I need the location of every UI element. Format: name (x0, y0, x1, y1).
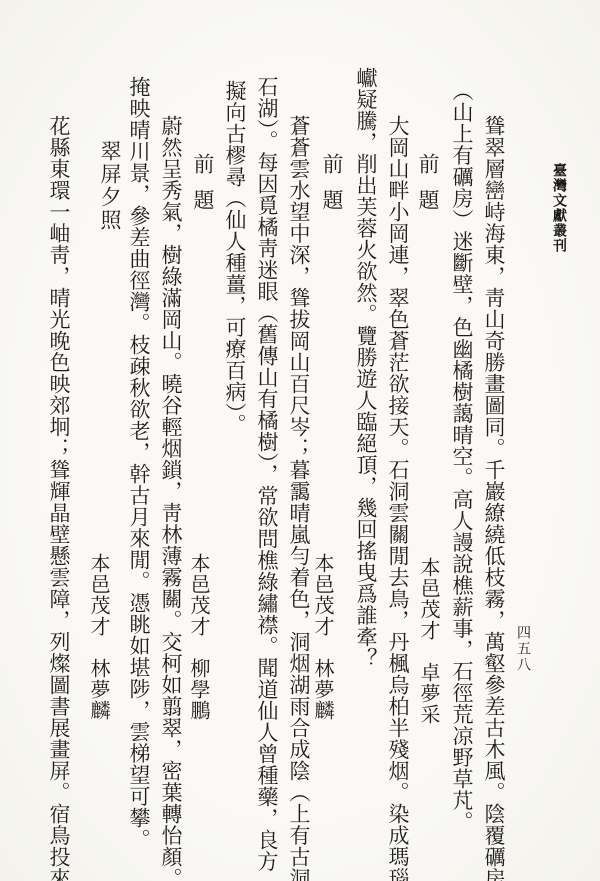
poem2-column-2: 巘疑騰，削出芙蓉火欲然。覽勝遊人臨絕頂，幾回搖曳爲誰牽？ (355, 67, 376, 669)
poem4-attribution: 本邑茂才 柳學鵬 (188, 553, 208, 721)
poem3-heading: 前題 (321, 153, 342, 225)
poem3-attribution: 本邑茂才 林夢麟 (312, 553, 332, 721)
poem2-column-1: 大岡山畔小岡連，翠色蒼茫欲接天。石洞雲關閒去鳥，丹楓烏柏半殘烟。染成瑪瑙 (387, 115, 408, 881)
poem5-column-1: 花縣東環一岫靑，晴光晚色映郊坰；聳輝晶壁懸雲障，列燦圖書展畫屏。宿鳥投來 (48, 115, 69, 881)
section-title: 翠屏夕照 (99, 140, 120, 232)
scanned-page: 臺灣文獻叢刊 四五八 聳翠層巒峙海東，靑山奇勝畫圖同。千巖繚繞低枝霧，萬壑參差古… (0, 0, 600, 881)
poem2-heading: 前題 (417, 153, 438, 225)
poem4-heading: 前題 (192, 153, 213, 225)
poem4-column-2: 掩映晴川景，參差曲徑灣。枝疎秋欲老，幹古月來閒。憑眺如堪陟，雲梯望可攀。 (128, 76, 149, 850)
poem3-column-3: 擬向古樛尋（仙人種薑，可療百病）。 (224, 80, 245, 435)
series-title: 臺灣文獻叢刊 (551, 163, 565, 253)
poem2-attribution: 本邑茂才 卓夢采 (418, 557, 438, 725)
poem3-column-1: 蒼蒼雲水望中深，聳拔岡山百尺岑；暮靄晴嵐勻着色，洞烟湖雨合成陰（上有古洞 (288, 115, 309, 881)
poem3-column-2: 石湖）。每因覓橘靑迷眼（舊傳山有橘樹），常欲問樵綠繡襟。聞道仙人曾種藥，良方 (256, 76, 277, 872)
poem4-column-1: 蔚然呈秀氣，樹綠滿岡山。曉谷輕烟鎖，靑林薄霧關。交柯如翦翠，密葉轉怡顏。 (160, 115, 181, 881)
poem5-attribution: 本邑茂才 林夢麟 (88, 553, 108, 721)
poem1-column-1: 聳翠層巒峙海東，靑山奇勝畫圖同。千巖繚繞低枝霧，萬壑參差古木風。陰覆礪房 (483, 115, 504, 881)
poem1-column-2: （山上有礪房）迷斷壁，色幽橘樹藹晴空。高人謾說樵薪事，石徑荒凉野草芃。 (451, 80, 472, 833)
page-number: 四五八 (515, 625, 529, 673)
